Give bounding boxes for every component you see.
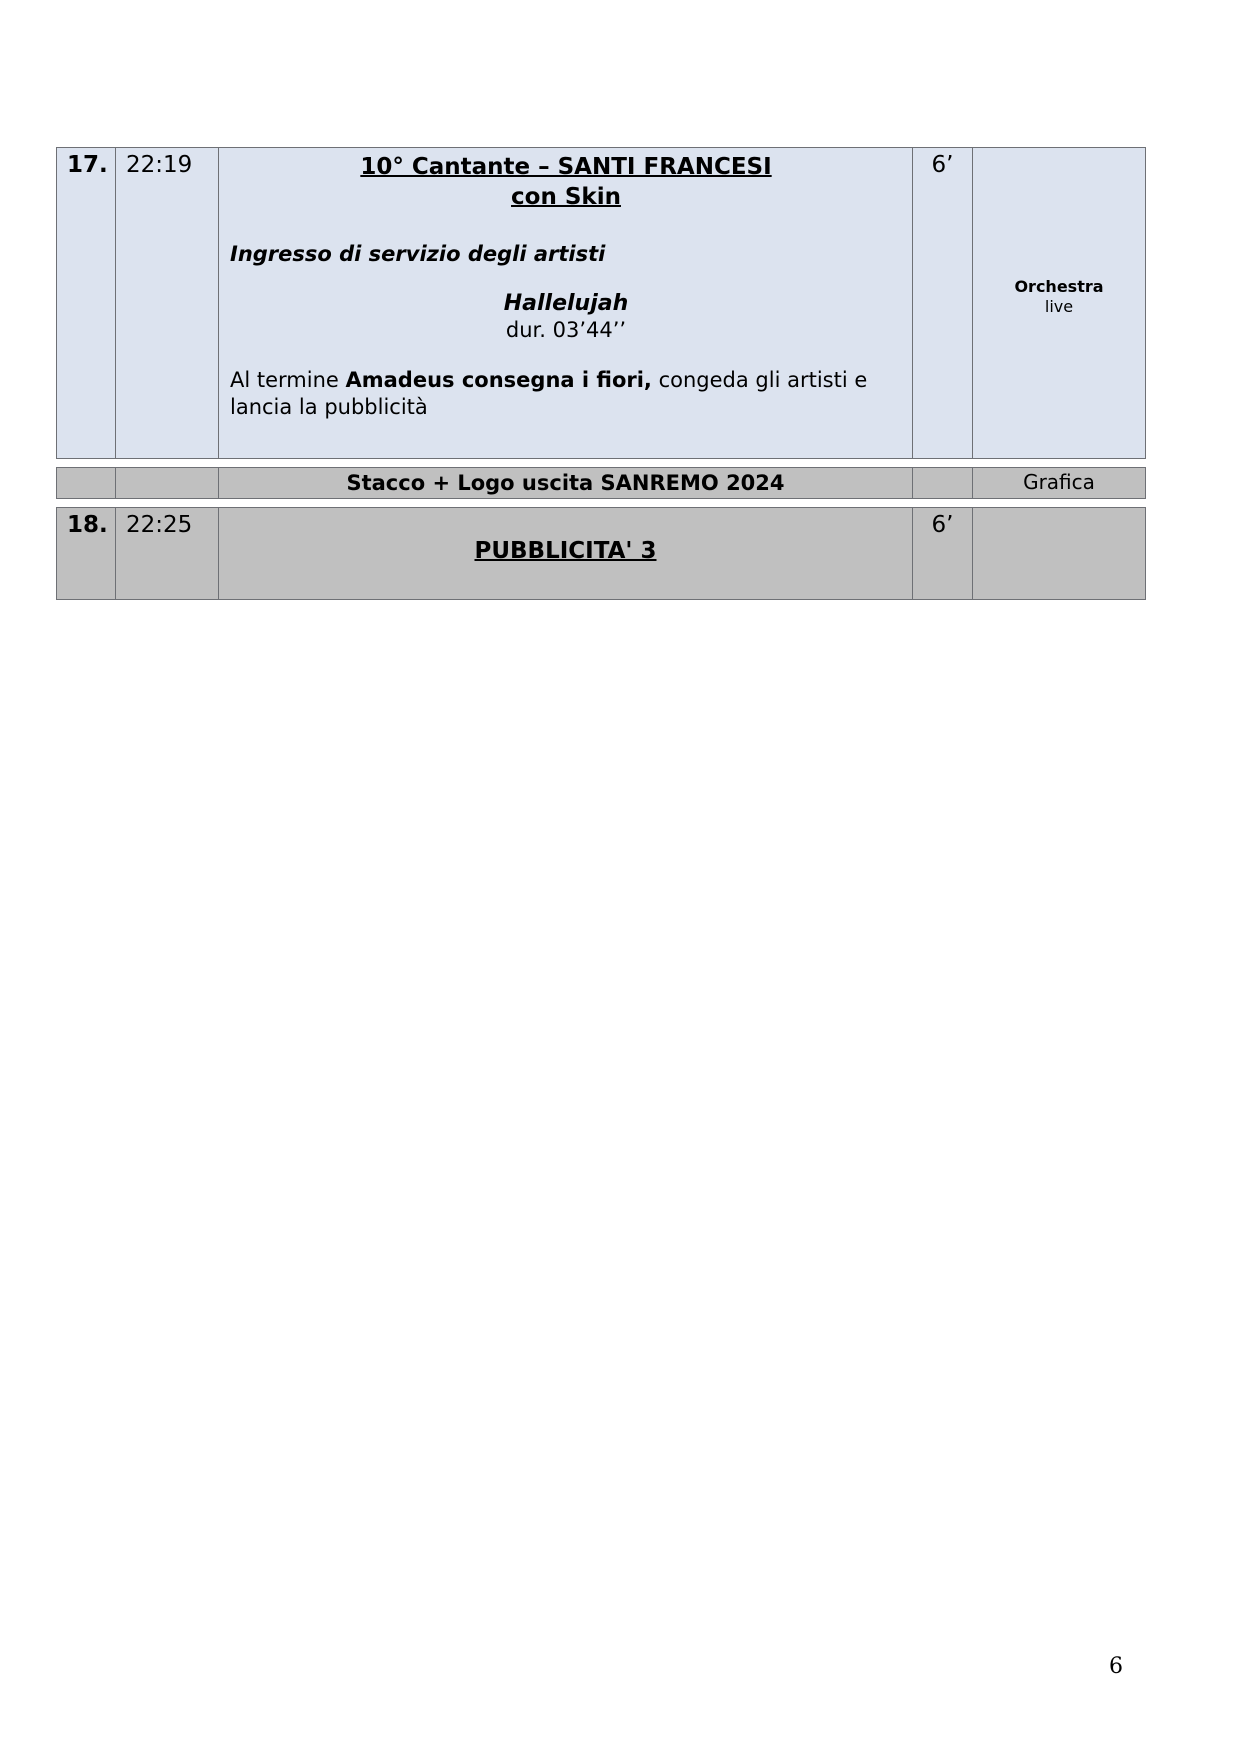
row-duration	[913, 468, 973, 498]
song-block: Hallelujah dur. 03’44’’	[230, 290, 902, 344]
page-number: 6	[1109, 1654, 1123, 1679]
performance-title: 10° Cantante – SANTI FRANCESI con Skin	[230, 152, 902, 212]
closing-bold: Amadeus consegna i fiori,	[346, 368, 652, 392]
entrance-note: Ingresso di servizio degli artisti	[230, 241, 902, 268]
row-number: 18.	[57, 508, 116, 599]
row-content: 10° Cantante – SANTI FRANCESI con Skin I…	[219, 148, 913, 458]
schedule-row-17: 17. 22:19 10° Cantante – SANTI FRANCESI …	[56, 147, 1146, 459]
row-notes	[973, 508, 1145, 599]
closing-prefix: Al termine	[230, 368, 346, 392]
title-line-2: con Skin	[511, 184, 621, 210]
row-content: PUBBLICITA' 3	[219, 508, 913, 599]
row-notes: Orchestra live	[973, 148, 1145, 458]
title-line-1: 10° Cantante – SANTI FRANCESI	[360, 154, 771, 180]
row-time: 22:19	[116, 148, 219, 458]
row-number: 17.	[57, 148, 116, 458]
row-time: 22:25	[116, 508, 219, 599]
song-title: Hallelujah	[230, 290, 902, 317]
notes-plain: live	[1045, 297, 1073, 317]
row-number	[57, 468, 116, 498]
song-duration: dur. 03’44’’	[230, 317, 902, 344]
notes-bold: Orchestra	[1014, 277, 1103, 297]
advertising-title: PUBBLICITA' 3	[474, 538, 656, 564]
row-notes: Grafica	[973, 468, 1145, 498]
row-duration: 6’	[913, 148, 973, 458]
row-time	[116, 468, 219, 498]
row-content: Stacco + Logo uscita SANREMO 2024	[219, 468, 913, 498]
row-duration: 6’	[913, 508, 973, 599]
closing-instructions: Al termine Amadeus consegna i fiori, con…	[230, 367, 902, 421]
schedule-row-stacco: Stacco + Logo uscita SANREMO 2024 Grafic…	[56, 467, 1146, 499]
schedule-row-18: 18. 22:25 PUBBLICITA' 3 6’	[56, 507, 1146, 600]
